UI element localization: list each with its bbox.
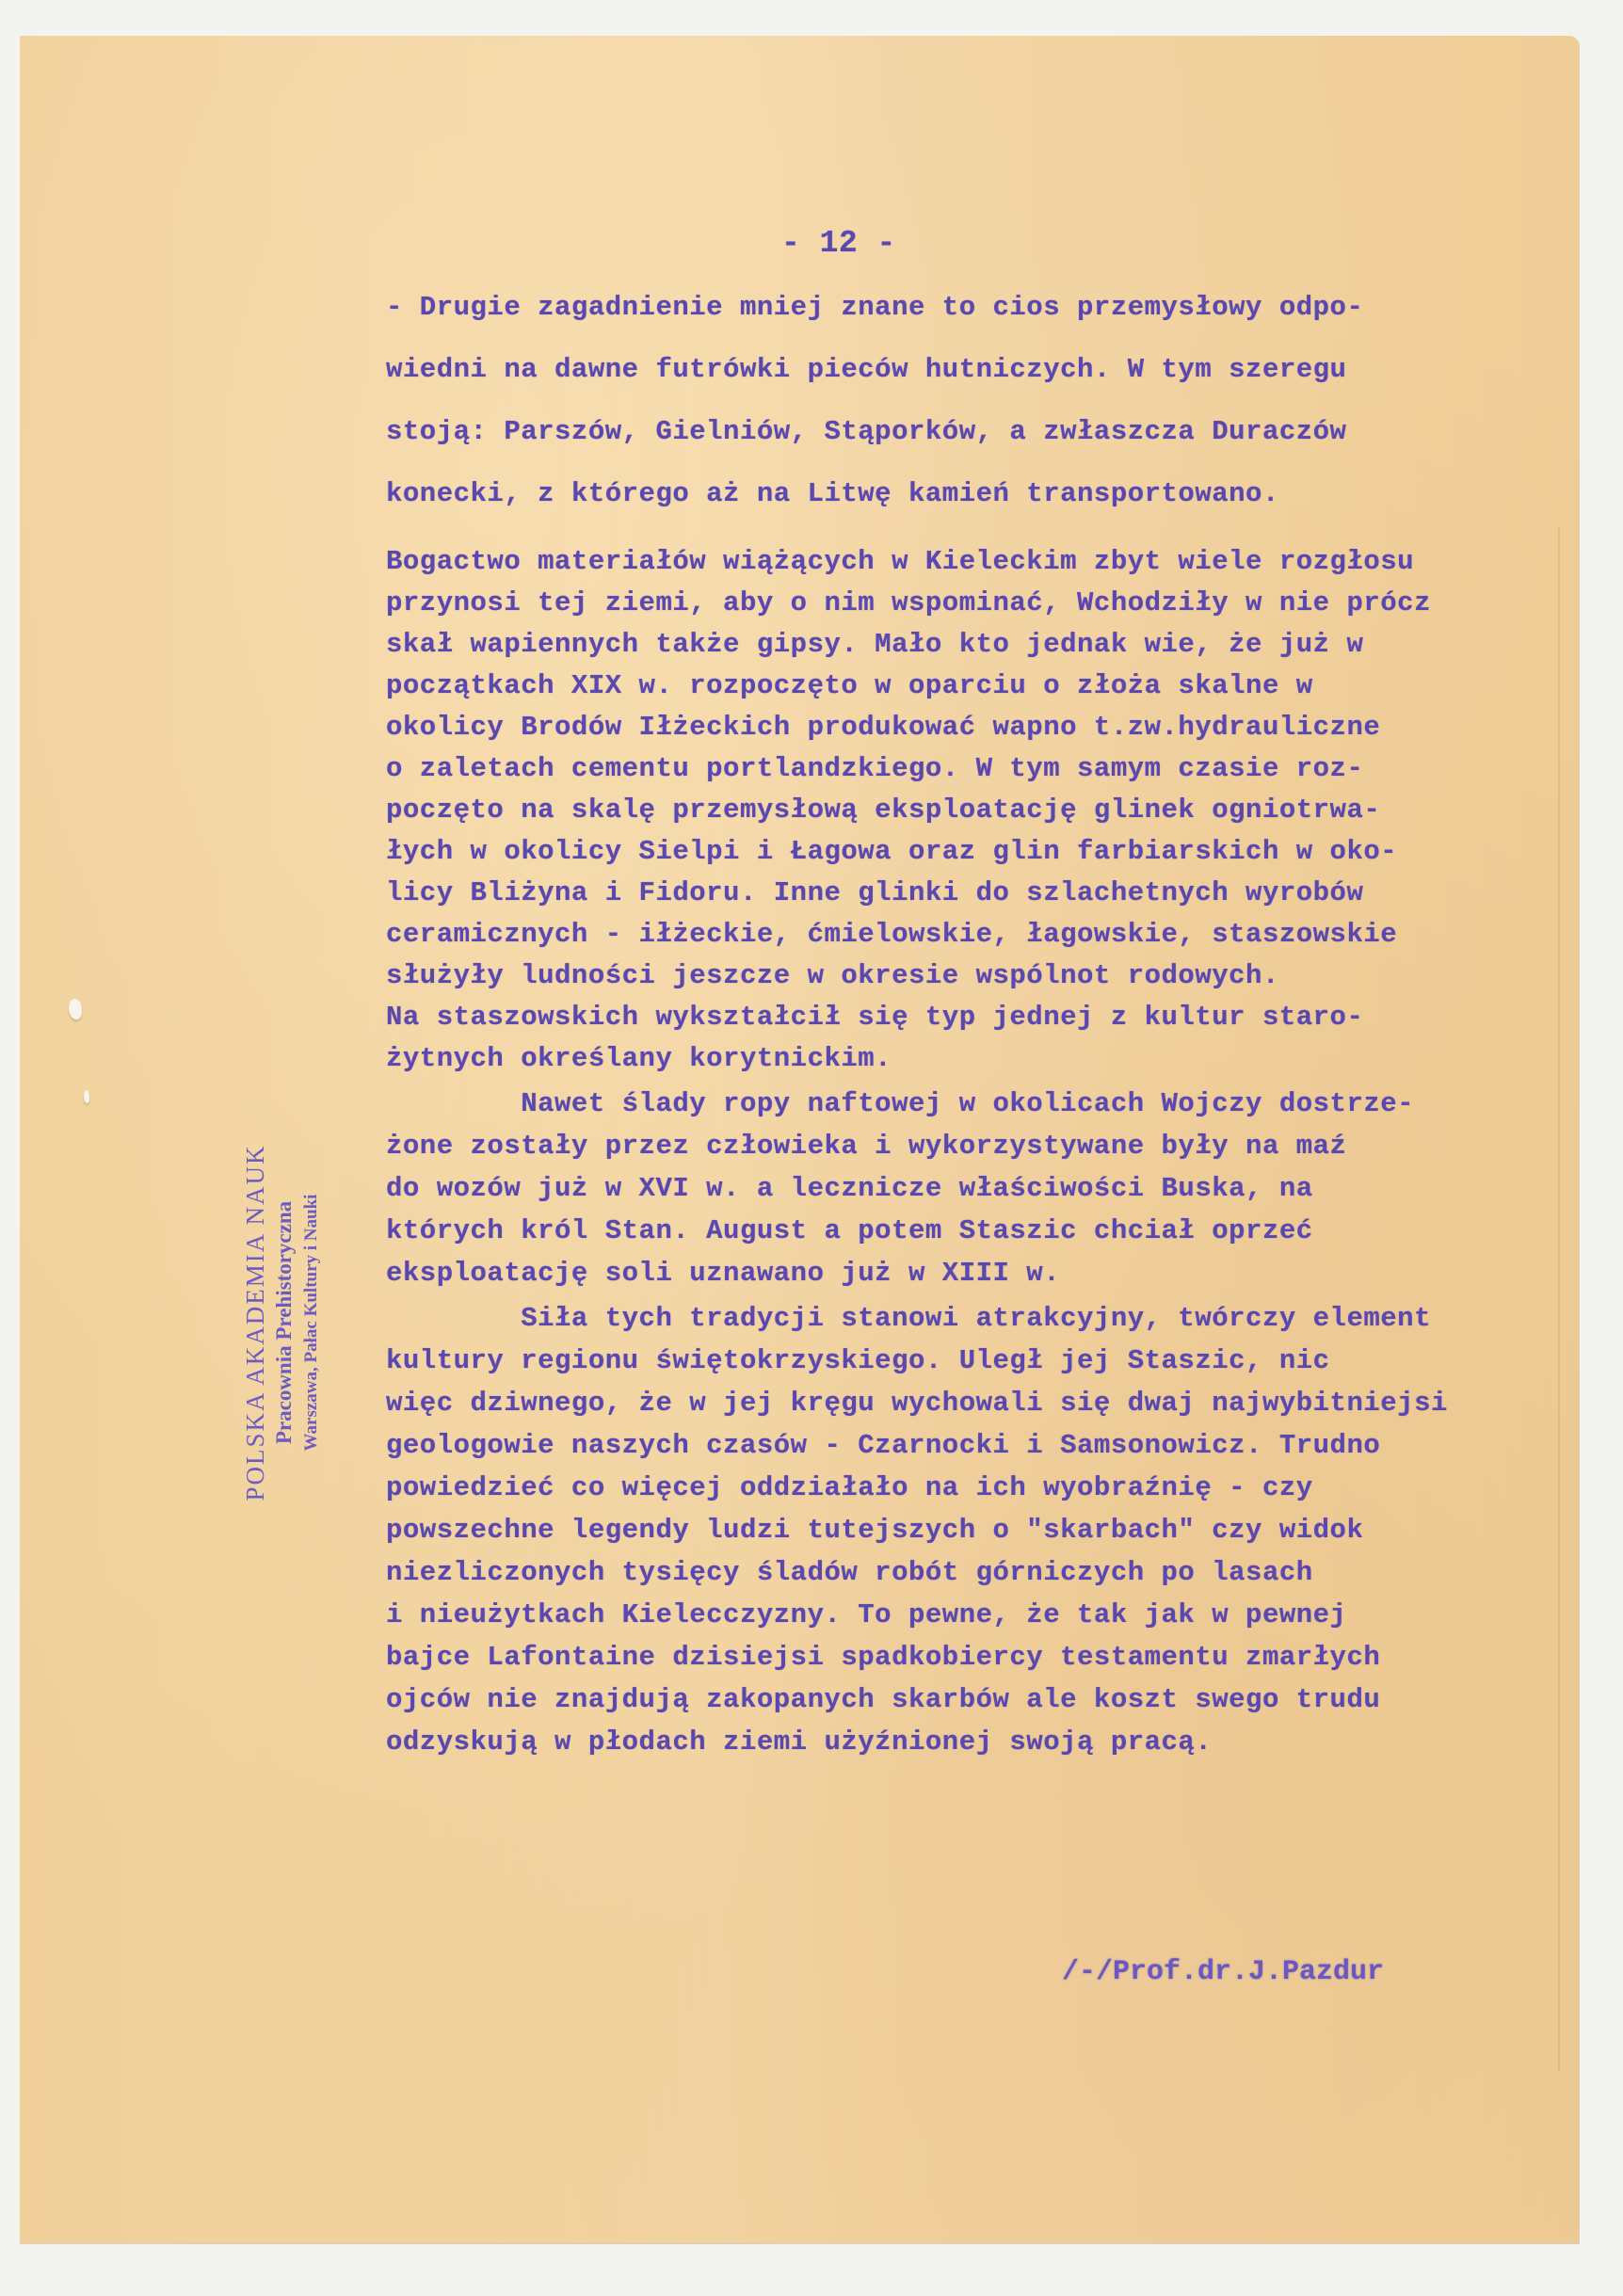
text-line: żone zostały przez człowieka i wykorzyst… [386,1132,1346,1160]
text-line: bajce Lafontaine dzisiejsi spadkobiercy … [386,1644,1380,1671]
text-line: eksploatację soli uznawano już w XIII w. [386,1260,1060,1287]
text-line: Na staszowskich wykształcił się typ jedn… [386,1003,1363,1031]
text-line: Bogactwo materiałów wiążących w Kielecki… [386,548,1414,575]
text-line: więc dziwnego, że w jej kręgu wychowali … [386,1389,1448,1417]
stamp-institution-name: POLSKA AKADEMIA NAUK [240,1116,270,1530]
text-line: okolicy Brodów Iłżeckich produkować wapn… [386,714,1380,741]
text-line: Nawet ślady ropy naftowej w okolicach Wo… [386,1090,1414,1117]
text-line: ojców nie znajdują zakopanych skarbów al… [386,1686,1380,1713]
text-line: konecki, z którego aż na Litwę kamień tr… [386,480,1279,507]
text-line: niezliczonych tysięcy śladów robót górni… [386,1559,1313,1586]
stamp-department: Pracownia Prehistoryczna [270,1116,298,1530]
text-line: żytnych określany korytnickim. [386,1045,892,1072]
stamp-address: Warszawa, Pałac Kultury i Nauki [298,1116,325,1530]
text-line: początkach XIX w. rozpoczęto w oparciu o… [386,672,1313,699]
text-line: geologowie naszych czasów - Czarnocki i … [386,1432,1380,1459]
paper-fold-shadow [1558,527,1560,2071]
text-line: stoją: Parszów, Gielniów, Stąporków, a z… [386,418,1346,445]
text-line: wiedni na dawne futrówki pieców hutniczy… [386,356,1346,383]
text-line: powszechne legendy ludzi tutejszych o "s… [386,1517,1363,1544]
text-line: przynosi tej ziemi, aby o nim wspominać,… [386,589,1431,617]
text-line: powiedzieć co więcej oddziałało na ich w… [386,1474,1313,1501]
text-line: kultury regionu świętokrzyskiego. Uległ … [386,1347,1330,1374]
text-line: skał wapiennych także gipsy. Mało kto je… [386,631,1363,658]
text-line: poczęto na skalę przemysłową eksploatacj… [386,796,1380,824]
paper-tear [69,999,82,1020]
page-number: - 12 - [781,226,896,261]
text-line: - Drugie zagadnienie mniej znane to cios… [386,294,1363,321]
text-line: odzyskują w płodach ziemi użyźnionej swo… [386,1728,1212,1756]
text-line: o zaletach cementu portlandzkiego. W tym… [386,755,1363,782]
text-line: Siła tych tradycji stanowi atrakcyjny, t… [386,1305,1431,1332]
text-line: do wozów już w XVI w. a lecznicze właści… [386,1175,1313,1202]
text-line: licy Bliżyna i Fidoru. Inne glinki do sz… [386,879,1363,907]
institution-stamp: POLSKA AKADEMIA NAUK Pracownia Prehistor… [240,1116,325,1530]
text-line: ceramicznych - iłżeckie, ćmielowskie, ła… [386,921,1397,948]
text-line: łych w okolicy Sielpi i Łagowa oraz glin… [386,838,1397,865]
paper-tear [84,1090,89,1103]
text-line: służyły ludności jeszcze w okresie wspól… [386,962,1279,989]
signature: /-/Prof.dr.J.Pazdur [1062,1956,1384,1988]
text-line: i nieużytkach Kielecczyzny. To pewne, że… [386,1601,1346,1629]
text-line: których król Stan. August a potem Staszi… [386,1217,1313,1244]
